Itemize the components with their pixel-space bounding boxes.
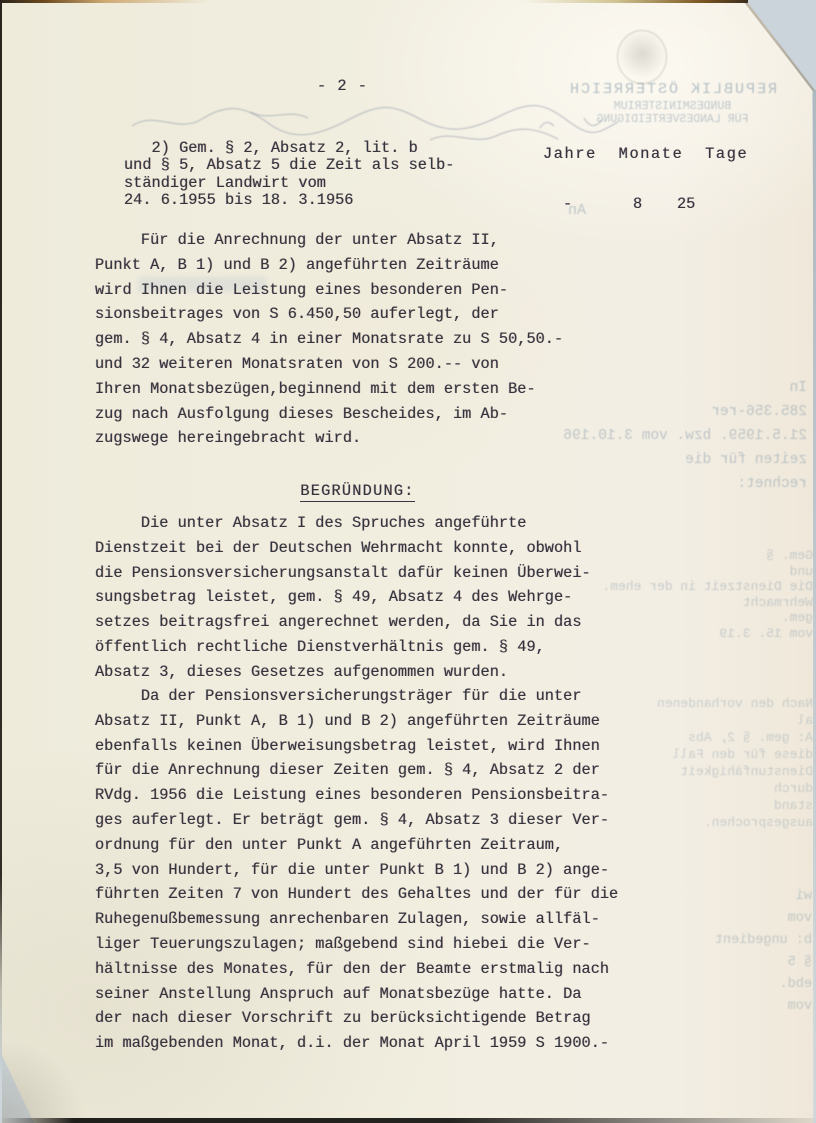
heading-text: BEGRÜNDUNG: <box>300 482 414 502</box>
page-curl-shadow <box>0 983 120 1123</box>
paragraph-pension-contribution: Für die Anrechnung der unter Absatz II,P… <box>95 228 563 451</box>
text-line: sungsbetrag leistet, gem. § 49, Absatz 4… <box>95 585 591 610</box>
text-line: liger Teuerungszulagen; maßgebend sind h… <box>95 932 618 957</box>
text-line: Ruhegenußbemessung anrechenbaren Zulagen… <box>95 907 618 932</box>
paragraph-special-contribution: Da der Pensionsversicherungsträger für d… <box>95 684 618 1056</box>
value-monate: 8 <box>633 195 642 213</box>
text-line: der nach dieser Vorschrift zu berücksich… <box>95 1006 618 1031</box>
text-line: sionsbeitrages von S 6.450,50 auferlegt,… <box>95 302 563 327</box>
text-line: führten Zeiten 7 von Hundert des Gehalte… <box>95 882 618 907</box>
scan-edge-bottom <box>0 1118 816 1123</box>
page-number: - 2 - <box>317 77 368 95</box>
text-line: wird Ihnen die Leistung eines besonderen… <box>95 278 563 303</box>
duration-values: - 8 25 <box>0 195 816 215</box>
text-line: und § 5, Absatz 5 die Zeit als selb- <box>124 157 454 174</box>
text-line: und 32 weiteren Monatsraten von S 200.--… <box>95 352 563 377</box>
text-line: ebenfalls keinen Überweisungsbetrag leis… <box>95 734 618 759</box>
text-line: Punkt A, B 1) und B 2) angeführten Zeitr… <box>95 253 563 278</box>
text-line: Da der Pensionsversicherungsträger für d… <box>95 684 618 709</box>
columns-header: Jahre Monate Tage <box>543 145 748 163</box>
text-line: zug nach Ausfolgung dieses Bescheides, i… <box>95 402 563 427</box>
text-line: ordnung für den unter Punkt A angeführte… <box>95 833 618 858</box>
text-line: Für die Anrechnung der unter Absatz II, <box>95 228 563 253</box>
text-line: setzes beitragsfrei angerechnet werden, … <box>95 610 591 635</box>
text-line: Absatz II, Punkt A, B 1) und B 2) angefü… <box>95 709 618 734</box>
text-line: RVdg. 1956 die Leistung eines besonderen… <box>95 783 618 808</box>
text-line: die Pensionsversicherungsanstalt dafür k… <box>95 561 591 586</box>
scan-edge-top <box>0 0 748 3</box>
text-line: Absatz 3, dieses Gesetzes aufgenommen wu… <box>95 660 591 685</box>
text-line: 2) Gem. § 2, Absatz 2, lit. b <box>124 140 454 157</box>
value-tage: 25 <box>677 195 695 213</box>
text-line: gem. § 4, Absatz 4 in einer Monatsrate z… <box>95 327 563 352</box>
text-line: hältnisse des Monates, für den der Beamt… <box>95 957 618 982</box>
value-jahre: - <box>563 195 572 213</box>
paragraph-wehrmacht-service: Die unter Absatz I des Spruches angeführ… <box>95 511 591 685</box>
text-line: öffentlich rechtliche Dienstverhältnis g… <box>95 635 591 660</box>
text-line: Ihren Monatsbezügen,beginnend mit dem er… <box>95 377 563 402</box>
scan-edge-left <box>0 0 2 1123</box>
text-line: Die unter Absatz I des Spruches angeführ… <box>95 511 591 536</box>
text-line: zugswege hereingebracht wird. <box>95 426 563 451</box>
text-line: 3,5 von Hundert, für die unter Punkt B 1… <box>95 858 618 883</box>
text-line: ges auferlegt. Er beträgt gem. § 4, Absa… <box>95 808 618 833</box>
text-line: seiner Anstellung Anspruch auf Monatsbez… <box>95 982 618 1007</box>
scan-background: REPUBLIK ÖSTERREICHBUNDESMINISTERIUMFÜR … <box>0 0 816 1123</box>
text-line: für die Anrechnung dieser Zeiten gem. § … <box>95 758 618 783</box>
document-page: REPUBLIK ÖSTERREICHBUNDESMINISTERIUMFÜR … <box>0 0 816 1123</box>
section-heading-begruendung: BEGRÜNDUNG: <box>95 482 620 500</box>
text-line: im maßgebenden Monat, d.i. der Monat Apr… <box>95 1031 618 1056</box>
text-line: Dienstzeit bei der Deutschen Wehrmacht k… <box>95 536 591 561</box>
text-line: ständiger Landwirt vom <box>124 175 454 192</box>
